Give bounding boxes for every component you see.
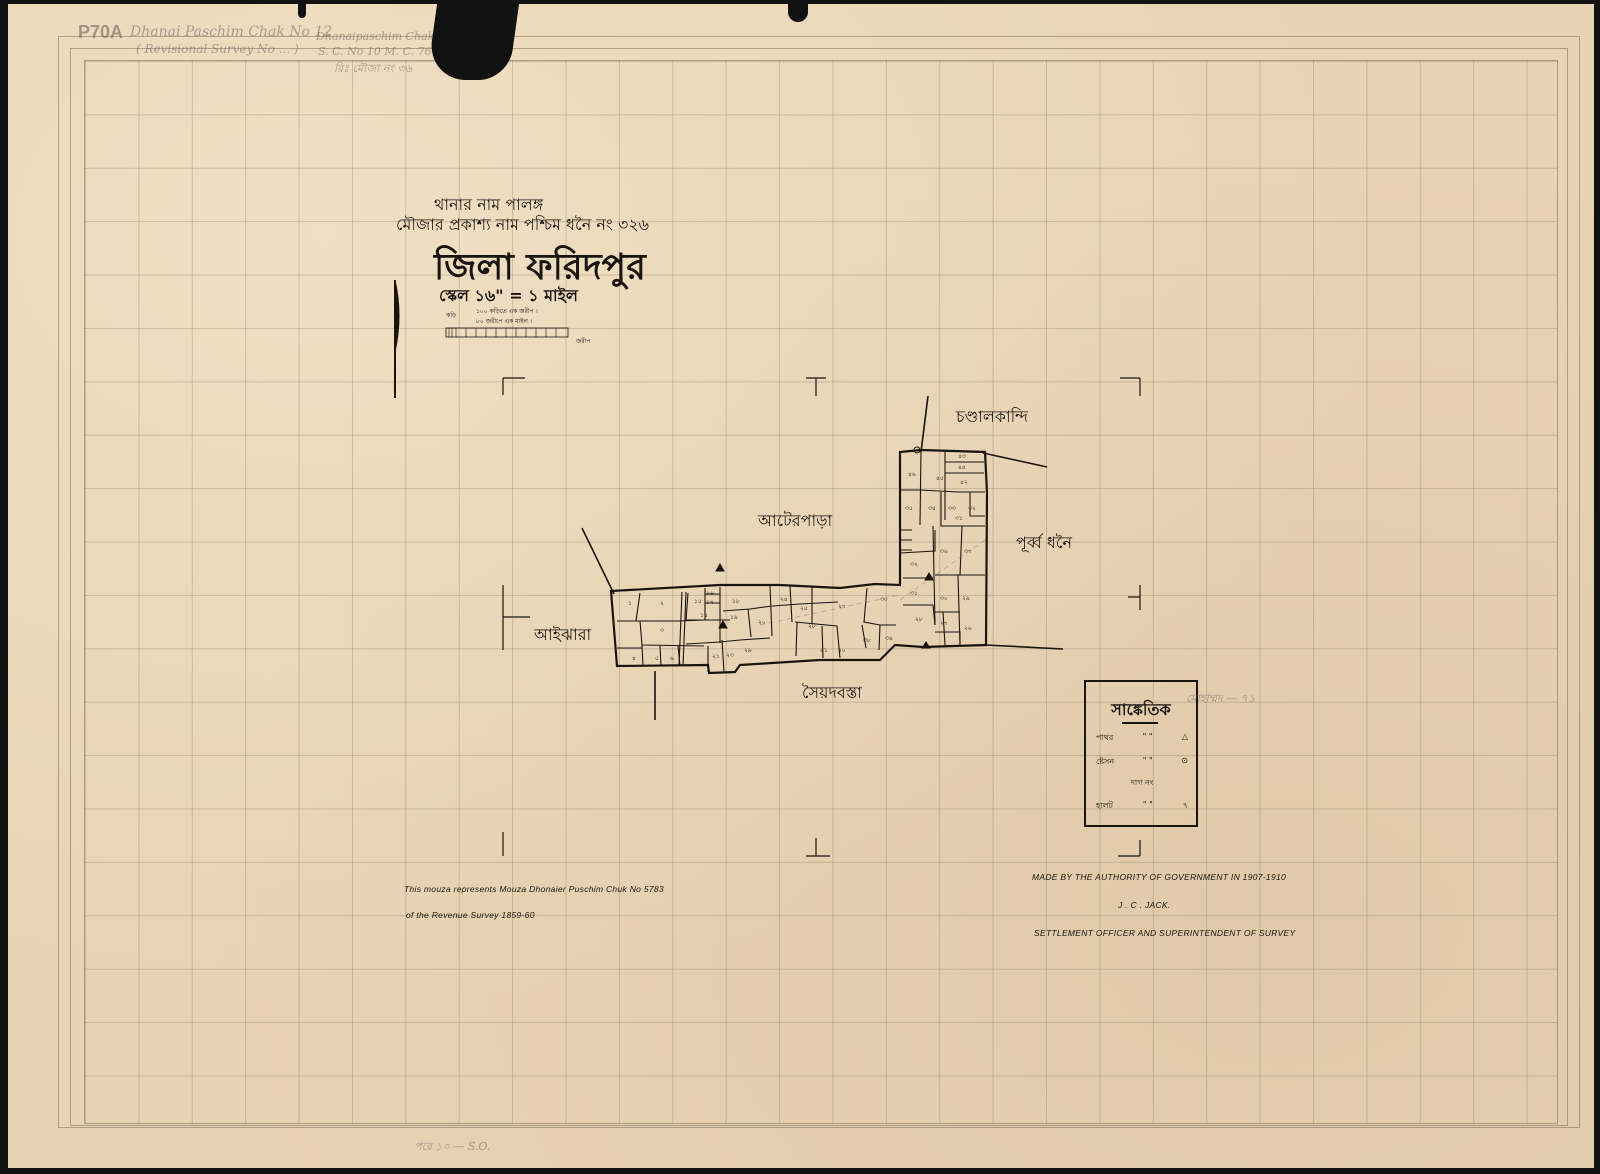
svg-text:৫: ৫ (655, 655, 659, 662)
svg-text:৩৪: ৩৪ (928, 505, 936, 512)
svg-text:২৭: ২৭ (838, 603, 846, 610)
svg-text:৩৬: ৩৬ (940, 548, 948, 555)
svg-text:২৬: ২৬ (964, 625, 972, 632)
svg-text:৪২: ৪২ (960, 479, 968, 486)
svg-text:৩৯: ৩৯ (885, 635, 893, 642)
svg-text:৪১: ৪১ (820, 647, 828, 654)
svg-text:২৯: ২৯ (744, 647, 752, 654)
svg-text:৩: ৩ (660, 627, 664, 634)
svg-text:৩০: ৩০ (880, 596, 888, 603)
svg-text:২১: ২১ (712, 653, 720, 660)
svg-text:৩০: ৩০ (940, 595, 948, 602)
svg-text:২: ২ (660, 600, 664, 607)
svg-text:৩৩: ৩৩ (948, 505, 956, 512)
svg-text:২৫: ২৫ (800, 605, 808, 612)
svg-text:৩৮: ৩৮ (863, 637, 871, 644)
svg-text:৪৫: ৪৫ (936, 475, 944, 482)
svg-text:১৯: ১৯ (730, 614, 738, 621)
svg-text:১: ১ (628, 600, 632, 607)
cadastral-map-drawing: ১২৩ ৪৫৬ ১৫১৬১৭ ১৮১৪১৯ ২০২৪২৫ ২৭৩০২৮ ৪১৪০… (0, 0, 1600, 1174)
svg-text:২৪: ২৪ (780, 596, 788, 603)
svg-text:২৭: ২৭ (940, 620, 948, 627)
svg-text:৩২: ৩২ (968, 505, 976, 512)
svg-text:২৮: ২৮ (808, 623, 816, 630)
svg-text:৪৪: ৪৪ (958, 464, 966, 471)
svg-text:৪৩: ৪৩ (958, 453, 966, 460)
svg-text:৪০: ৪০ (838, 647, 846, 654)
svg-text:৩২: ৩২ (910, 561, 918, 568)
svg-text:১৮: ১৮ (732, 598, 740, 605)
svg-text:২৮: ২৮ (915, 616, 923, 623)
svg-text:১৬: ১৬ (706, 590, 714, 597)
svg-text:১৫: ১৫ (694, 598, 702, 605)
svg-text:২৩: ২৩ (726, 652, 734, 659)
svg-text:৪৬: ৪৬ (908, 471, 916, 478)
svg-text:৩১: ৩১ (910, 590, 918, 597)
svg-text:৩১: ৩১ (955, 515, 963, 522)
svg-text:৪: ৪ (632, 655, 636, 662)
svg-text:৬: ৬ (670, 655, 674, 662)
svg-text:২৯: ২৯ (962, 595, 970, 602)
svg-text:৩৫: ৩৫ (905, 505, 913, 512)
svg-text:৩৭: ৩৭ (964, 548, 972, 555)
svg-text:১৪: ১৪ (700, 612, 708, 619)
svg-text:১৭: ১৭ (706, 599, 714, 606)
